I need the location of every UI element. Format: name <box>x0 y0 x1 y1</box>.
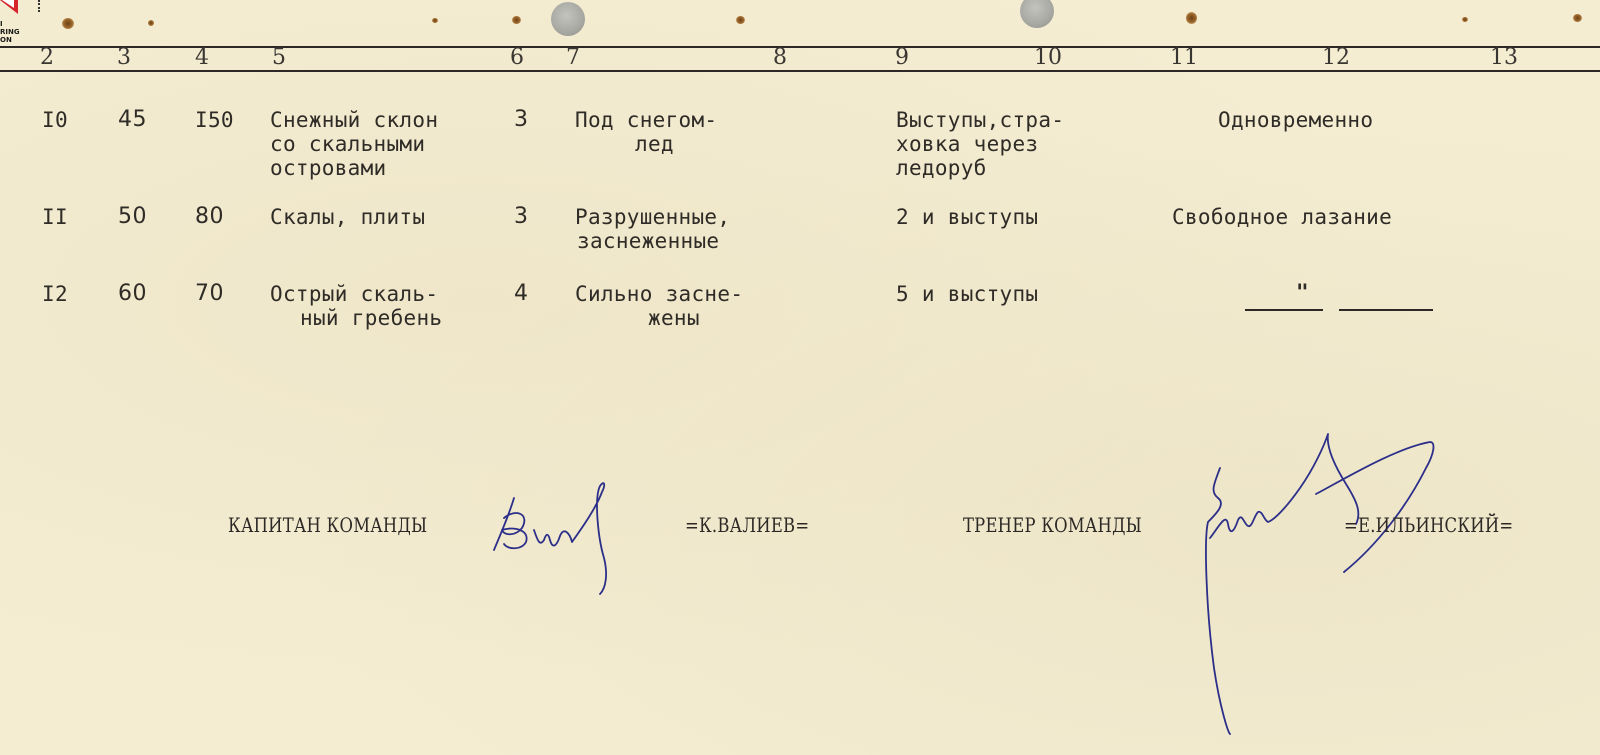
column-number: 10 <box>1034 46 1062 70</box>
movement-method: Свободное лазание <box>1172 205 1392 229</box>
condition-line: Сильно засне- <box>575 282 743 306</box>
belay-line: ледоруб <box>896 156 987 180</box>
belay-line: 2 и выступы <box>896 205 1038 229</box>
captain-label: КАПИТАН КОМАНДЫ <box>228 513 427 537</box>
terrain-line: Снежный склон <box>270 108 438 132</box>
stain-spot <box>736 16 745 24</box>
section-number: I2 <box>42 282 68 306</box>
stain-spot <box>1573 14 1582 22</box>
stain-spot <box>1186 12 1197 24</box>
stain-spot <box>148 20 154 26</box>
column-number: 12 <box>1322 46 1350 70</box>
column-number: 11 <box>1170 46 1198 70</box>
archive-logo: I RING ON <box>0 0 34 34</box>
column-number: 3 <box>117 46 131 70</box>
punch-hole-right <box>1020 0 1054 28</box>
terrain-line: Скалы, плиты <box>270 205 425 229</box>
steepness-value: 60 <box>118 282 147 306</box>
length-value: 80 <box>195 205 224 229</box>
condition-line: Под снегом- <box>575 108 717 132</box>
terrain-line: со скальными <box>270 132 425 156</box>
punch-hole-left <box>551 2 585 36</box>
difficulty-value: 4 <box>514 282 529 306</box>
stain-spot <box>512 16 521 24</box>
header-bottom-rule <box>0 70 1600 72</box>
logo-white-triangle-icon <box>2 0 14 8</box>
coach-name: =Е.ИЛЬИНСКИЙ= <box>1344 513 1513 537</box>
belay-line: Выступы,стра- <box>896 108 1064 132</box>
column-number: 7 <box>566 46 580 70</box>
ditto-mark: " <box>1296 280 1309 304</box>
logo-text: I RING ON <box>0 20 20 44</box>
logo-text-line2: RING <box>0 28 20 36</box>
column-number: 2 <box>40 46 54 70</box>
terrain-line: Острый скаль- <box>270 282 438 306</box>
stain-spot <box>1462 17 1468 22</box>
coach-signature-icon <box>1196 428 1446 748</box>
column-number: 5 <box>272 46 286 70</box>
column-number: 13 <box>1490 46 1518 70</box>
steepness-value: 45 <box>118 108 147 132</box>
column-number: 9 <box>895 46 909 70</box>
steepness-value: 50 <box>118 205 147 229</box>
movement-method: Одновременно <box>1218 108 1373 132</box>
belay-line: ховка через <box>896 132 1038 156</box>
coach-label: ТРЕНЕР КОМАНДЫ <box>963 513 1142 537</box>
column-number: 4 <box>195 46 209 70</box>
condition-line: лед <box>635 132 674 156</box>
terrain-line: островами <box>270 156 387 180</box>
column-number: 6 <box>510 46 524 70</box>
coach-handwritten-signature <box>1196 428 1446 748</box>
captain-handwritten-signature <box>486 478 636 598</box>
logo-text-line3: ON <box>0 36 20 44</box>
difficulty-value: 3 <box>514 108 529 132</box>
captain-name: =К.ВАЛИЕВ= <box>685 513 809 537</box>
stain-spot <box>62 18 74 29</box>
captain-signature-icon <box>486 478 636 598</box>
column-number: 8 <box>773 46 787 70</box>
stain-spot <box>432 18 438 23</box>
section-number: II <box>42 205 68 229</box>
logo-text-line1: I <box>0 20 20 28</box>
length-value: I50 <box>195 108 234 132</box>
condition-line: жены <box>648 306 700 330</box>
ditto-dash-left <box>1245 309 1323 311</box>
condition-line: Разрушенные, <box>575 205 730 229</box>
ditto-dash-right <box>1339 309 1433 311</box>
difficulty-value: 3 <box>514 205 529 229</box>
logo-side-marks <box>38 0 44 12</box>
section-number: I0 <box>42 108 68 132</box>
header-top-rule <box>0 46 1600 48</box>
terrain-line: ный гребень <box>300 306 442 330</box>
length-value: 70 <box>195 282 224 306</box>
condition-line: заснеженные <box>577 229 719 253</box>
belay-line: 5 и выступы <box>896 282 1038 306</box>
